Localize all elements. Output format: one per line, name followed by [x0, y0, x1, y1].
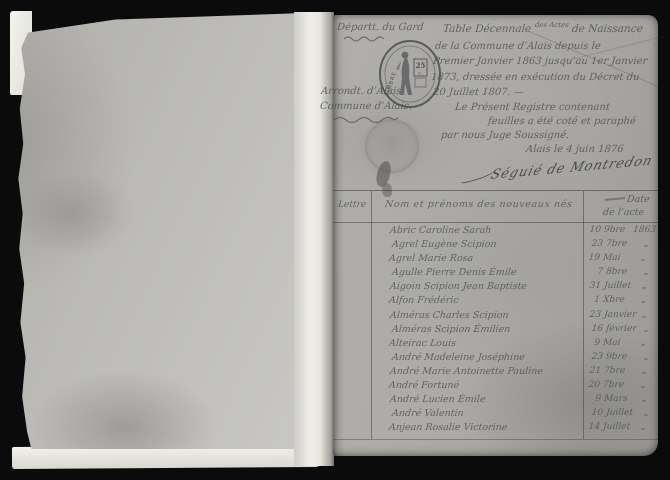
act-date-year: „	[644, 352, 659, 362]
act-date-year: „	[641, 338, 656, 348]
act-date-year: „	[642, 366, 657, 376]
act-date-month: Mars	[604, 394, 643, 404]
book-scan: Départt. du Gard 25 c. TIMBRE Arrondt. d…	[0, 0, 670, 480]
table-row: André Lucien Émile9Mars„	[333, 394, 658, 408]
act-date-year: „	[644, 239, 659, 249]
newborn-name: Alméras Scipion Émilien	[392, 324, 511, 335]
title-insertion: des Actes	[535, 21, 570, 29]
act-date: 9Mai„	[585, 338, 656, 348]
table-row: Alteirac Louis9Mai„	[332, 338, 657, 352]
newborn-name: André Lucien Émile	[390, 394, 486, 405]
act-date: 239bre„	[588, 352, 659, 362]
table-row: Agrel Marie Rosa19Mai„	[332, 253, 657, 267]
act-date-year: „	[641, 295, 656, 305]
act-date-year: „	[642, 310, 657, 320]
judge-signature: Séguié de Montredon	[459, 153, 655, 185]
act-date: 14Juillet„	[585, 422, 656, 432]
act-date-month: 7bre	[606, 239, 645, 249]
act-date-month: 9bre	[604, 225, 634, 235]
newborn-name: André Marie Antoinette Pauline	[390, 366, 544, 377]
act-date-day: 23	[586, 310, 602, 320]
act-date: 10Juillet„	[588, 408, 659, 418]
act-date-month: Juillet	[604, 281, 643, 291]
certification-line-1: Le Présent Registre contenant	[455, 102, 611, 113]
commune-label: Commune d’Alais.	[320, 101, 413, 112]
table-row: André Madeleine Joséphine239bre„	[335, 352, 660, 366]
act-date-day: 9	[585, 338, 601, 348]
act-date-month: Janvier	[604, 310, 643, 320]
certification-line-2: feuilles a été coté et paraphé	[488, 116, 637, 127]
table-row: André Valentin10Juillet„	[335, 408, 660, 422]
act-date-month: Juillet	[603, 422, 642, 432]
newborn-name: Alméras Charles Scipion	[390, 310, 510, 321]
act-date-month: 7bre	[603, 380, 642, 390]
flourish-dash-icon	[605, 197, 625, 201]
act-date: 16février„	[588, 324, 659, 334]
newborn-name: André Madeleine Joséphine	[392, 352, 526, 363]
act-date-month: Mai	[603, 253, 642, 263]
table-row: Alfon Frédéric1Xbre„	[332, 295, 657, 309]
act-date-year: 1863	[633, 225, 657, 235]
right-page: Départt. du Gard 25 c. TIMBRE Arrondt. d…	[333, 15, 658, 456]
act-date-month: Mai	[603, 338, 642, 348]
act-date-day: 19	[585, 253, 601, 263]
act-date: 109bre1863	[586, 225, 657, 235]
department-label: Départt. du Gard	[337, 22, 425, 33]
act-date: 237bre„	[588, 239, 659, 249]
newborn-name: Anjean Rosalie Victorine	[389, 422, 508, 433]
newborn-name: Abric Caroline Sarah	[390, 225, 492, 236]
table-row: Alméras Charles Scipion23Janvier„	[333, 310, 658, 324]
act-date: 1Xbre„	[585, 295, 656, 305]
column-header-names: Nom et prénoms des nouveaux nés	[385, 199, 573, 210]
act-date-month: 8bre	[606, 267, 645, 277]
title-line-4: 1873, dressée en exécution du Décret du	[431, 72, 640, 83]
title-prefix: Table Décennale	[442, 23, 531, 35]
act-date-year: „	[642, 394, 657, 404]
title-suffix: de Naissance	[571, 23, 643, 35]
act-date-day: 20	[585, 380, 601, 390]
newborn-name: Aigoin Scipion Jean Baptiste	[390, 281, 528, 292]
table-row: Agulle Pierre Denis Émile78bre„	[335, 267, 660, 281]
act-date: 19Mai„	[585, 253, 656, 263]
column-header-letter: Lettre	[338, 200, 367, 210]
title-line-3: Premier Janvier 1863 jusqu’au 1er Janvie…	[433, 56, 648, 67]
embossed-seal	[365, 119, 419, 173]
act-date-month: Juillet	[606, 408, 645, 418]
table-row: Anjean Rosalie Victorine14Juillet„	[332, 422, 657, 436]
act-date-day: 16	[588, 324, 604, 334]
act-date-day: 21	[586, 366, 602, 376]
svg-text:c.: c.	[418, 71, 423, 77]
act-date-day: 14	[585, 422, 601, 432]
table-row: Alméras Scipion Émilien16février„	[335, 324, 660, 338]
act-date-day: 1	[585, 295, 601, 305]
act-date-day: 9	[586, 394, 602, 404]
arrondissement-label: Arrondt. d’Alais	[321, 86, 402, 97]
act-date: 78bre„	[588, 267, 659, 277]
act-date-day: 7	[588, 267, 604, 277]
act-date-year: „	[641, 422, 656, 432]
act-date-day: 10	[586, 225, 602, 235]
newborn-name: Agrel Eugène Scipion	[392, 239, 497, 250]
newborn-name: Agulle Pierre Denis Émile	[392, 267, 517, 278]
newborn-name: André Valentin	[392, 408, 465, 419]
table-row: André Fortuné207bre„	[332, 380, 657, 394]
act-date: 217bre„	[586, 366, 657, 376]
act-date: 31Juillet„	[586, 281, 657, 291]
act-date-month: 7bre	[604, 366, 643, 376]
act-date-year: „	[644, 408, 659, 418]
title-line-5: 20 Juillet 1807. —	[433, 87, 525, 98]
act-date: 207bre„	[585, 380, 656, 390]
title-line-1: Table Décennale des Actes de Naissance	[442, 23, 643, 35]
table-row: Aigoin Scipion Jean Baptiste31Juillet„	[333, 281, 658, 295]
act-date-year: „	[641, 253, 656, 263]
table-header-rule	[333, 222, 658, 223]
act-date-year: „	[644, 267, 659, 277]
newborn-name: André Fortuné	[389, 380, 460, 391]
table-row: Agrel Eugène Scipion237bre„	[335, 239, 660, 253]
act-date: 23Janvier„	[586, 310, 657, 320]
newborn-name: Alfon Frédéric	[389, 295, 460, 306]
act-date-month: 9bre	[606, 352, 645, 362]
act-date-year: „	[644, 324, 659, 334]
column-header-date: Date	[605, 194, 651, 205]
title-line-2: de la Commune d’Alais depuis le	[435, 41, 602, 52]
book-gutter	[294, 12, 334, 466]
act-date-day: 23	[588, 352, 604, 362]
table-row: André Marie Antoinette Pauline217bre„	[333, 366, 658, 380]
register-table: Lettre Nom et prénoms des nouveaux nés D…	[333, 190, 658, 440]
left-blank-page	[14, 13, 304, 449]
newborn-name: Alteirac Louis	[389, 338, 457, 349]
newborn-name: Agrel Marie Rosa	[389, 253, 474, 264]
svg-text:25: 25	[416, 61, 426, 70]
register-rows: Abric Caroline Sarah109bre1863Agrel Eugè…	[333, 225, 658, 436]
act-date-month: Xbre	[603, 295, 642, 305]
act-date-day: 10	[588, 408, 604, 418]
place-date-line: Alais le 4 juin 1876	[526, 144, 625, 155]
act-date-day: 23	[588, 239, 604, 249]
act-date-year: „	[642, 281, 657, 291]
act-date-day: 31	[586, 281, 602, 291]
act-date-year: „	[641, 380, 656, 390]
act-date-month: février	[606, 324, 645, 334]
certification-line-3: par nous Juge Soussigné.	[441, 130, 570, 141]
column-header-date-sub: de l’acte	[603, 207, 645, 218]
table-row: Abric Caroline Sarah109bre1863	[333, 225, 658, 239]
act-date: 9Mars„	[586, 394, 657, 404]
